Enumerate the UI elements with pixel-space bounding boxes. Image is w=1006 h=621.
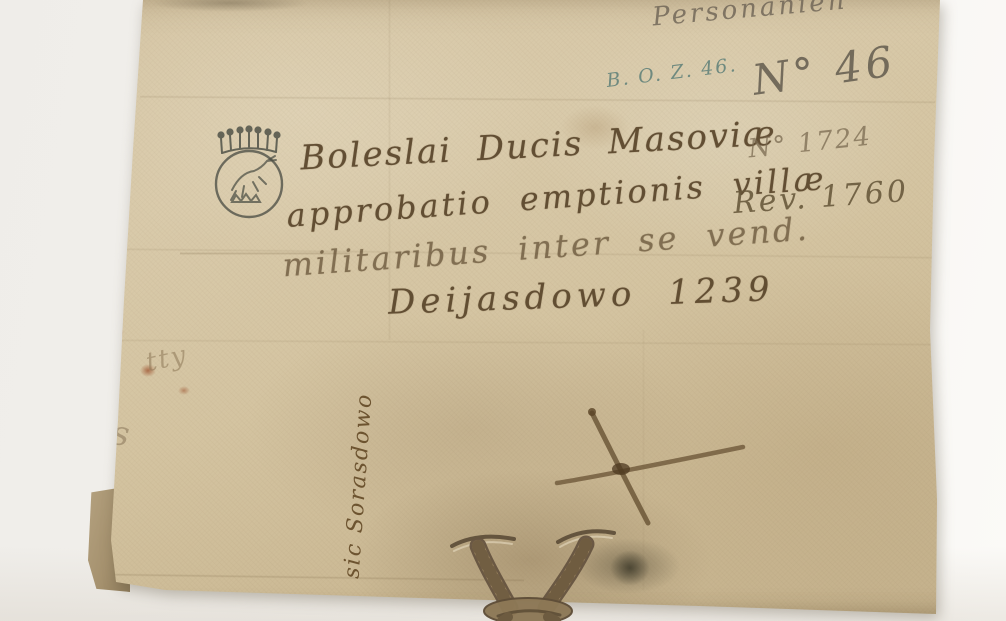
red-stain bbox=[104, 326, 124, 339]
crowned-heraldic-stamp-icon bbox=[196, 122, 300, 220]
x-ink-mark-icon bbox=[545, 395, 755, 535]
red-stain bbox=[178, 386, 190, 395]
archival-photo: Personanien B. O. Z. 46. N° 46 Boleslai … bbox=[0, 0, 1006, 621]
twisted-seal-cords-icon bbox=[428, 518, 648, 621]
